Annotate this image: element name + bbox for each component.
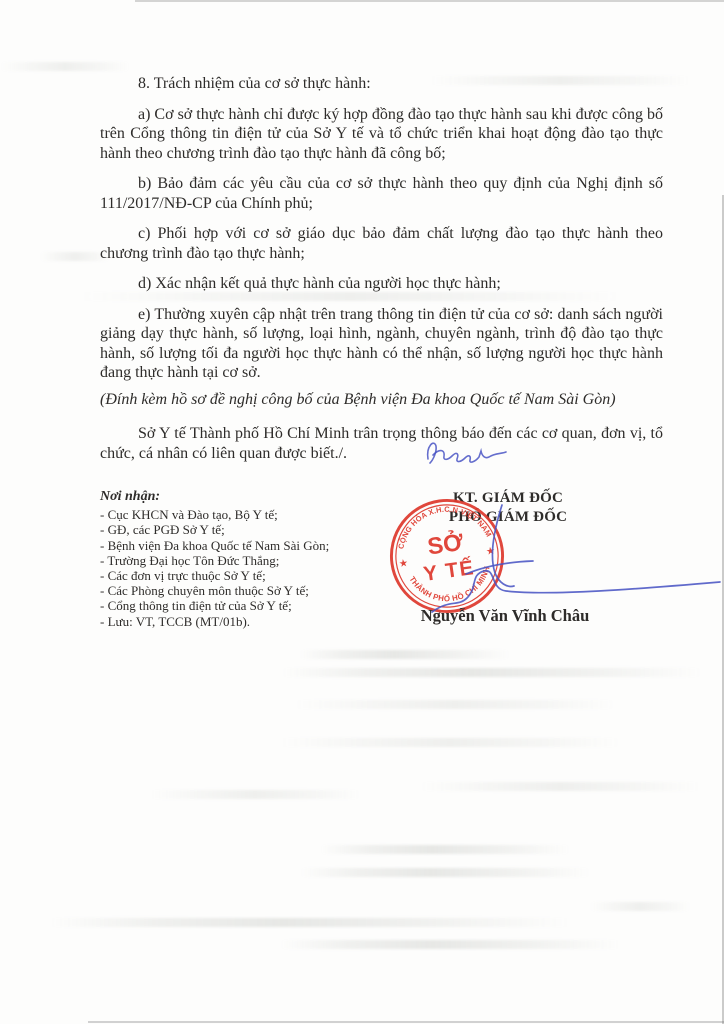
bleedthrough-smudge bbox=[300, 868, 590, 877]
bleedthrough-smudge bbox=[282, 668, 702, 677]
document-page: 8. Trách nhiệm của cơ sở thực hành: a) C… bbox=[0, 0, 724, 1024]
bleedthrough-smudge bbox=[320, 845, 570, 854]
paragraph-d: d) Xác nhận kết quả thực hành của người … bbox=[100, 274, 663, 294]
signer-name: Nguyễn Văn Vĩnh Châu bbox=[380, 606, 630, 626]
scan-edge-top bbox=[135, 0, 724, 2]
recipient-item: - Bệnh viện Đa khoa Quốc tế Nam Sài Gòn; bbox=[100, 538, 380, 553]
bleedthrough-smudge bbox=[420, 782, 700, 791]
paragraph-b: b) Bảo đảm các yêu cầu của cơ sở thực hà… bbox=[100, 174, 663, 213]
paragraph-a: a) Cơ sở thực hành chỉ được ký hợp đồng … bbox=[100, 105, 663, 164]
bleedthrough-smudge bbox=[0, 62, 130, 71]
bleedthrough-smudge bbox=[50, 918, 570, 927]
recipients-block: Nơi nhận: - Cục KHCN và Đào tạo, Bộ Y tế… bbox=[100, 489, 380, 629]
recipient-item: - Các Phòng chuyên môn thuộc Sở Y tế; bbox=[100, 583, 380, 598]
star-right-icon: ★ bbox=[486, 545, 496, 556]
document-body: 8. Trách nhiệm của cơ sở thực hành: a) C… bbox=[100, 74, 663, 463]
recipient-item: - Cổng thông tin điện tử của Sở Y tế; bbox=[100, 598, 380, 613]
attachment-note: (Đính kèm hồ sơ đề nghị công bố của Bệnh… bbox=[100, 390, 663, 410]
recipient-item: - Các đơn vị trực thuộc Sở Y tế; bbox=[100, 568, 380, 583]
official-stamp-seal: CỘNG HÒA X.H.C.N VIỆT NAM THÀNH PHỐ HỒ C… bbox=[380, 489, 513, 622]
bleedthrough-smudge bbox=[280, 940, 620, 949]
star-left-icon: ★ bbox=[399, 557, 409, 568]
bleedthrough-smudge bbox=[590, 902, 690, 911]
closing-paragraph: Sở Y tế Thành phố Hồ Chí Minh trân trọng… bbox=[100, 424, 663, 463]
recipient-item: - Cục KHCN và Đào tạo, Bộ Y tế; bbox=[100, 507, 380, 522]
bleedthrough-smudge bbox=[280, 738, 620, 747]
stamp-center-line2: Y TẾ bbox=[422, 556, 476, 586]
recipient-item: - Trường Đại học Tôn Đức Thắng; bbox=[100, 553, 380, 568]
paragraph-c: c) Phối hợp với cơ sở giáo dục bảo đảm c… bbox=[100, 224, 663, 263]
bleedthrough-smudge bbox=[295, 700, 615, 709]
recipient-item: - Lưu: VT, TCCB (MT/01b). bbox=[100, 614, 380, 629]
recipient-item: - GĐ, các PGĐ Sở Y tế; bbox=[100, 522, 380, 537]
official-stamp: CỘNG HÒA X.H.C.N VIỆT NAM THÀNH PHỐ HỒ C… bbox=[380, 489, 513, 622]
recipients-label: Nơi nhận: bbox=[100, 489, 380, 504]
section-heading: 8. Trách nhiệm của cơ sở thực hành: bbox=[100, 74, 663, 94]
paragraph-e: e) Thường xuyên cập nhật trên trang thôn… bbox=[100, 305, 663, 383]
stamp-center-line1: SỞ bbox=[425, 527, 465, 561]
bleedthrough-smudge bbox=[300, 650, 510, 659]
bleedthrough-smudge bbox=[150, 790, 360, 799]
scan-edge-bottom bbox=[88, 1021, 724, 1023]
